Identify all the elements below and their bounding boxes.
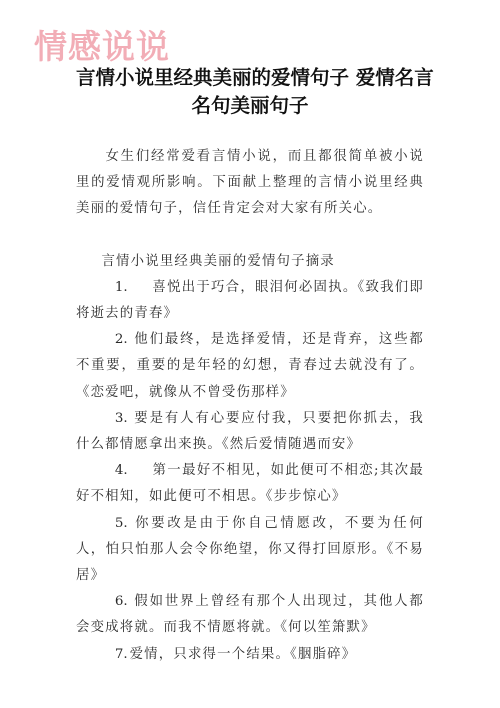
title-line-1: 言情小说里经典美丽的爱情句子 爱情名言 [76, 64, 424, 92]
quote-number: 3. [115, 406, 134, 432]
title-line-2: 名句美丽句子 [76, 92, 424, 120]
quote-item-1: 1.喜悦出于巧合，眼泪何必固执。《致我们即将逝去的青春》 [76, 275, 424, 327]
quote-item-2: 2.他们最终，是选择爱情，还是背弃，这些都不重要，重要的是年轻的幻想，青春过去就… [76, 327, 424, 406]
quote-number: 1. [115, 275, 153, 301]
quote-number: 2. [115, 327, 134, 353]
quote-item-4: 4.第一最好不相见，如此便可不相恋;其次最好不相知，如此便可不相思。《步步惊心》 [76, 458, 424, 510]
quote-number: 6. [115, 589, 134, 615]
quote-number: 7. [115, 642, 130, 668]
quote-item-3: 3.要是有人有心要应付我，只要把你抓去，我什么都情愿拿出来换。《然后爱情随遇而安… [76, 406, 424, 458]
quote-item-5: 5.你要改是由于你自己情愿改，不要为任何人，怕只怕那人会令你绝望，你又得打回原形… [76, 511, 424, 590]
section-heading: 言情小说里经典美丽的爱情句子摘录 [76, 249, 424, 275]
site-watermark: 情感说说 [34, 28, 170, 66]
quote-item-7: 7.爱情，只求得一个结果。《胭脂碎》 [76, 642, 424, 668]
document-title: 言情小说里经典美丽的爱情句子 爱情名言 名句美丽句子 [76, 64, 424, 120]
quote-number: 5. [115, 511, 134, 537]
intro-paragraph: 女生们经常爱看言情小说，而且都很简单被小说里的爱情观所影响。下面献上整理的言情小… [76, 144, 424, 223]
document-page: 言情小说里经典美丽的爱情句子 爱情名言 名句美丽句子 女生们经常爱看言情小说，而… [76, 64, 424, 668]
quote-number: 4. [115, 458, 153, 484]
quote-item-6: 6.假如世界上曾经有那个人出现过，其他人都会变成将就。而我不情愿将就。《何以笙箫… [76, 589, 424, 641]
quote-text: 爱情，只求得一个结果。《胭脂碎》 [130, 647, 357, 662]
